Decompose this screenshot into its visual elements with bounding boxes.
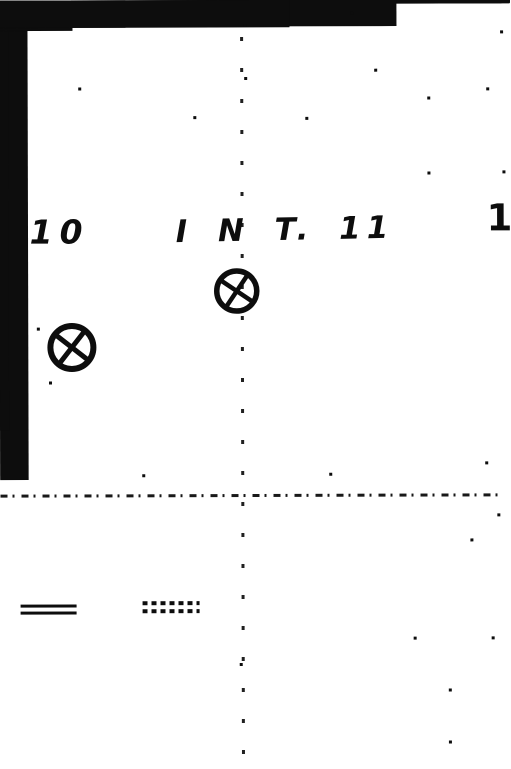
center-axis-dotted-line <box>240 6 245 760</box>
room-label-10-partial: . 10 <box>0 212 90 251</box>
floor-plan-scan: . 10 I N T. 11 1 <box>0 0 511 769</box>
window-left-frame-line-bottom <box>21 611 77 614</box>
window-sill-hatch-top <box>143 601 200 605</box>
room-label-int-11: I N T. 11 <box>175 210 394 250</box>
window-left-frame-line-top <box>21 604 77 607</box>
scan-noise-dots <box>0 1 2 4</box>
circled-cross-icon <box>45 320 99 378</box>
window-sill-hatch-bottom <box>143 609 200 613</box>
room-label-right-partial: 1 <box>487 196 511 239</box>
circled-cross-icon <box>212 266 262 320</box>
wall-bottom-right <box>0 0 289 28</box>
section-dashed-line <box>0 493 501 497</box>
